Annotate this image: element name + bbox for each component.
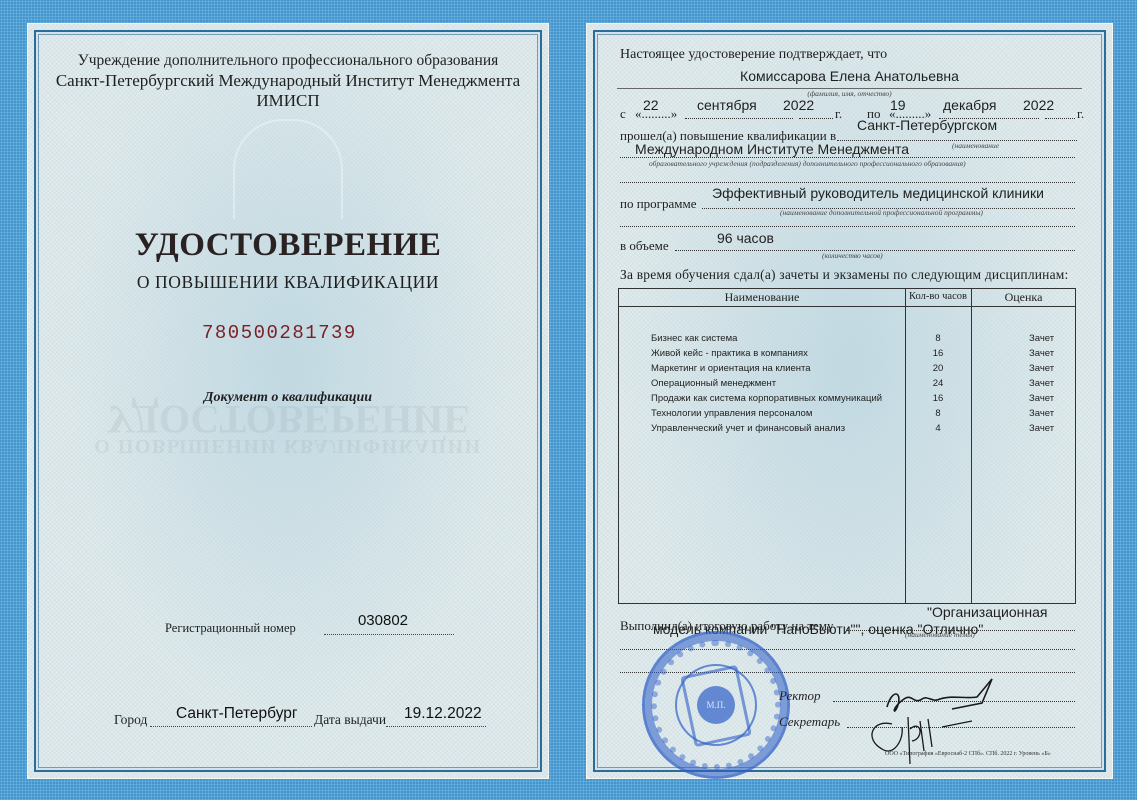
discipline-hours: 8 (905, 408, 971, 419)
table-row: Операционный менеджмент24Зачет (619, 378, 1075, 393)
table-row: Продажи как система корпоративных коммун… (619, 393, 1075, 408)
from-year-suffix: г. (835, 106, 842, 122)
official-stamp: М.П. (642, 631, 790, 779)
to-year: 2022 (1023, 97, 1054, 113)
from-year-line (799, 118, 833, 119)
certificate-subtitle: О ПОВЫШЕНИИ КВАЛИФИКАЦИИ (28, 272, 548, 293)
discipline-grade: Зачет (1029, 378, 1054, 389)
table-row: Технологии управления персоналом8Зачет (619, 408, 1075, 423)
discipline-hours: 16 (905, 393, 971, 404)
from-month-line (685, 118, 793, 119)
final-work-caption: (наименование темы) (905, 630, 975, 639)
institution-caption-2: образовательного учреждения (подразделен… (649, 159, 966, 168)
to-year-suffix: г. (1077, 106, 1084, 122)
secretary-label: Секретарь (779, 714, 840, 730)
discipline-grade: Зачет (1029, 393, 1054, 404)
document-type: Документ о квалификации (28, 390, 548, 406)
column-header-hours: Кол-во часов (905, 291, 971, 302)
discipline-name: Управленческий учет и финансовый анализ (651, 423, 845, 434)
discipline-grade: Зачет (1029, 333, 1054, 344)
certificate-title: УДОСТОВЕРЕНИЕ (28, 227, 548, 264)
institution-value-2: Международном Институте Менеджмента (635, 141, 909, 157)
volume-label: в объеме (620, 238, 669, 254)
printer-note: ООО «Типография «Евроснаб-2 СПб». СПб. 2… (885, 751, 1051, 757)
final-work-value-1: "Организационная (927, 604, 1047, 620)
issue-date-value: 19.12.2022 (404, 705, 482, 723)
from-month: сентября (697, 97, 757, 113)
program-value: Эффективный руководитель медицинской кли… (712, 185, 1044, 201)
table-row: Управленческий учет и финансовый анализ4… (619, 423, 1075, 438)
discipline-hours: 24 (905, 378, 971, 389)
column-header-grade: Оценка (971, 290, 1076, 305)
institution-value-1: Санкт-Петербургском (857, 117, 997, 133)
table-row: Живой кейс - практика в компаниях16Зачет (619, 348, 1075, 363)
discipline-name: Продажи как система корпоративных коммун… (651, 393, 882, 404)
discipline-name: Технологии управления персоналом (651, 408, 812, 419)
registration-number-label: Регистрационный номер (165, 621, 296, 636)
disciplines-heading: За время обучения сдал(а) зачеты и экзам… (620, 267, 1069, 283)
program-caption: (наименование дополнительной профессиона… (780, 208, 983, 217)
discipline-grade: Зачет (1029, 423, 1054, 434)
city-label: Город (114, 712, 147, 728)
rector-label: Ректор (779, 688, 821, 704)
volume-value: 96 часов (717, 230, 774, 246)
column-header-name: Наименование (619, 290, 905, 305)
header-divider (619, 306, 1075, 307)
organization-type: Учреждение дополнительного профессиональ… (28, 52, 548, 70)
organization-name: Санкт-Петербургский Международный Инстит… (28, 71, 548, 111)
program-line-2 (620, 226, 1075, 227)
discipline-name: Маркетинг и ориентация на клиента (651, 363, 811, 374)
table-row: Бизнес как система8Зачет (619, 333, 1075, 348)
certificate-cover-page: Учреждение дополнительного профессиональ… (27, 23, 549, 779)
discipline-hours: 20 (905, 363, 971, 374)
registration-number-line (324, 634, 454, 635)
institution-line-3 (620, 182, 1075, 183)
holder-full-name: Комиссарова Елена Анатольевна (587, 68, 1112, 84)
registration-number-value: 030802 (328, 612, 438, 629)
discipline-grade: Зачет (1029, 363, 1054, 374)
discipline-grade: Зачет (1029, 348, 1054, 359)
stamp-center-label: М.П. (697, 686, 735, 724)
institution-caption-1: (наименование (952, 141, 999, 150)
issue-date-label: Дата выдачи (314, 712, 386, 728)
period-from-prefix: с (620, 106, 626, 122)
to-day: 19 (890, 97, 906, 113)
volume-caption: (количество часов) (822, 251, 883, 260)
institution-line-2 (620, 157, 1075, 158)
intro-text: Настоящее удостоверение подтверждает, чт… (620, 47, 887, 63)
discipline-name: Бизнес как система (651, 333, 737, 344)
discipline-grade: Зачет (1029, 408, 1054, 419)
table-row: Маркетинг и ориентация на клиента20Зачет (619, 363, 1075, 378)
certificate-details-page: Настоящее удостоверение подтверждает, чт… (586, 23, 1113, 779)
discipline-hours: 8 (905, 333, 971, 344)
city-line (150, 726, 312, 727)
from-day: 22 (643, 97, 659, 113)
watermark-subtitle: О ПОВЫШЕНИИ КВАЛИФИКАЦИИ (28, 434, 548, 457)
from-year: 2022 (783, 97, 814, 113)
watermark-logo-icon (233, 119, 343, 219)
discipline-name: Операционный менеджмент (651, 378, 776, 389)
serial-number: 780500281739 (202, 322, 357, 344)
to-month: декабря (943, 97, 996, 113)
discipline-hours: 16 (905, 348, 971, 359)
discipline-hours: 4 (905, 423, 971, 434)
to-year-line (1045, 118, 1075, 119)
city-value: Санкт-Петербург (176, 705, 298, 723)
issue-date-line (386, 726, 486, 727)
discipline-name: Живой кейс - практика в компаниях (651, 348, 808, 359)
program-label: по программе (620, 196, 697, 212)
disciplines-table: Наименование Кол-во часов Оценка Бизнес … (618, 288, 1076, 604)
